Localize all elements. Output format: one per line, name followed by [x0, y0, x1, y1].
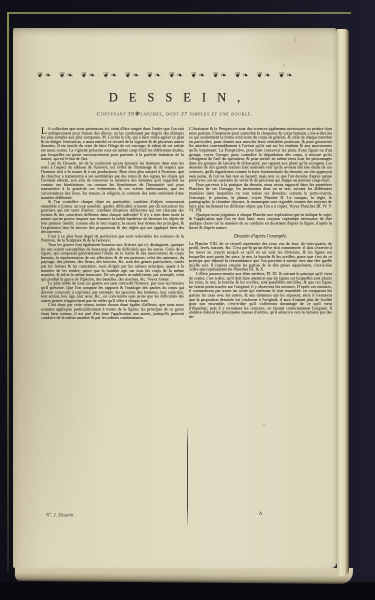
printed-area: 1 † ❦❧ ❦❧ ❦❧ ❦❧ ❦❧ ❦❧ ❦❧ ❦❧ ❦❧ ❦❧ ❦❧ ❦❧ … — [13, 28, 337, 568]
folio-number: 1 — [293, 36, 313, 45]
body-paragraph: LA collection que nous présentons ici, v… — [41, 127, 184, 161]
scanned-book-photo: 1 † ❦❧ ❦❧ ❦❧ ❦❧ ❦❧ ❦❧ ❦❧ ❦❧ ❦❧ ❦❧ ❦❧ ❦❧ … — [0, 0, 375, 600]
page-stack-fore-edge — [337, 29, 349, 576]
body-paragraph: C'est donc par cette raison, toutes chos… — [41, 303, 184, 320]
body-paragraph: Le plus noble de tous ces genres est san… — [41, 282, 184, 303]
paragraph-text: A collection que nous présentons ici, vi… — [41, 127, 184, 161]
drop-cap-initial: L — [41, 127, 48, 135]
body-paragraph: L'Anatomie & la Perspective sont des sci… — [189, 127, 332, 183]
book-cover-edge-left — [7, 12, 9, 572]
signature-mark-left: N°. 2. Dessein. — [46, 513, 74, 518]
section-heading: Dessein d'après l'exemple. — [189, 235, 332, 239]
body-paragraph: Si l'on considère chaque objet en partic… — [41, 200, 184, 234]
book-page: 1 † ❦❧ ❦❧ ❦❧ ❦❧ ❦❧ ❦❧ ❦❧ ❦❧ ❦❧ ❦❧ ❦❧ ❦❧ … — [13, 28, 337, 568]
text-column-right: L'Anatomie & la Perspective sont des sci… — [189, 127, 332, 517]
body-paragraph: La Planche VIII. de ce recueil représent… — [189, 242, 332, 272]
signature-mark-right: A — [189, 511, 332, 517]
text-column-left: LA collection que nous présentons ici, v… — [41, 127, 184, 517]
page-subtitle: Contenant 39 Planches, dont 37 simples e… — [41, 111, 308, 117]
body-paragraph: Pour parvenir à la pratique du dessein, … — [189, 183, 332, 213]
body-paragraph: Quoique nous joignions à chaque Planche … — [189, 213, 332, 230]
book-cover-edge-top — [7, 12, 351, 14]
margin-mark: † — [283, 63, 285, 68]
background-shadow — [0, 582, 375, 600]
body-paragraph: L'art du Dessein, né de la confusion qu'… — [41, 161, 184, 200]
printer-ornament-band: ❦❧ ❦❧ ❦❧ ❦❧ ❦❧ ❦❧ ❦❧ ❦❧ ❦❧ ❦❧ ❦❧ ❦❧ ❦❧ — [37, 70, 293, 81]
body-paragraph: Tous les genres font également honneur a… — [41, 243, 184, 282]
body-paragraph: L'élève passera ensuite aux têtes entièr… — [189, 272, 332, 319]
page-title: DESSEIN, — [41, 91, 308, 105]
